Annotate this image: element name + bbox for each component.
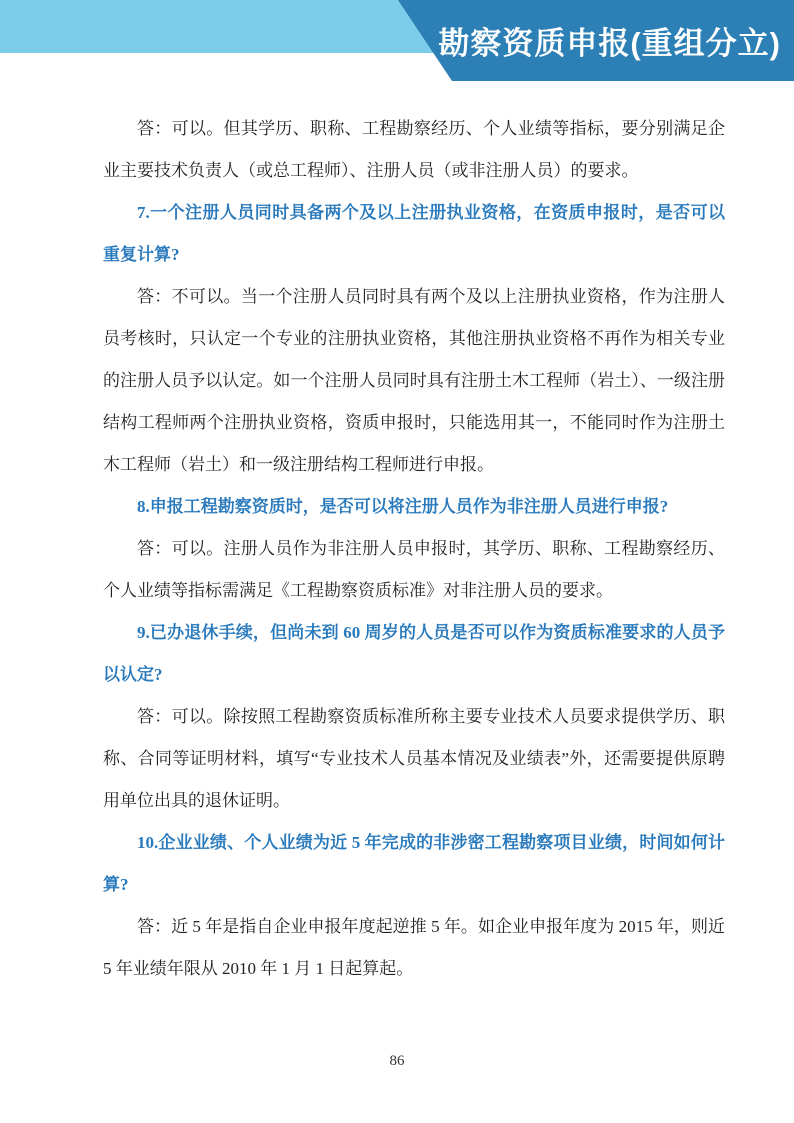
question-paragraph: 7.一个注册人员同时具备两个及以上注册执业资格，在资质申报时，是否可以重复计算? — [103, 192, 725, 276]
page-header-title: 勘察资质申报(重组分立) — [438, 0, 781, 81]
answer-paragraph: 答：可以。注册人员作为非注册人员申报时，其学历、职称、工程勘察经历、个人业绩等指… — [103, 528, 725, 612]
question-paragraph: 9.已办退休手续，但尚未到 60 周岁的人员是否可以作为资质标准要求的人员予以认… — [103, 612, 725, 696]
content-area: 答：可以。但其学历、职称、工程勘察经历、个人业绩等指标，要分别满足企业主要技术负… — [103, 108, 725, 990]
answer-paragraph: 答：近 5 年是指自企业申报年度起逆推 5 年。如企业申报年度为 2015 年，… — [103, 906, 725, 990]
answer-paragraph: 答：不可以。当一个注册人员同时具有两个及以上注册执业资格，作为注册人员考核时，只… — [103, 276, 725, 486]
page-number: 86 — [0, 1053, 794, 1070]
question-paragraph: 10.企业业绩、个人业绩为近 5 年完成的非涉密工程勘察项目业绩，时间如何计算? — [103, 822, 725, 906]
question-paragraph: 8.申报工程勘察资质时，是否可以将注册人员作为非注册人员进行申报? — [103, 486, 725, 528]
answer-paragraph: 答：可以。但其学历、职称、工程勘察经历、个人业绩等指标，要分别满足企业主要技术负… — [103, 108, 725, 192]
answer-paragraph: 答：可以。除按照工程勘察资质标准所称主要专业技术人员要求提供学历、职称、合同等证… — [103, 696, 725, 822]
